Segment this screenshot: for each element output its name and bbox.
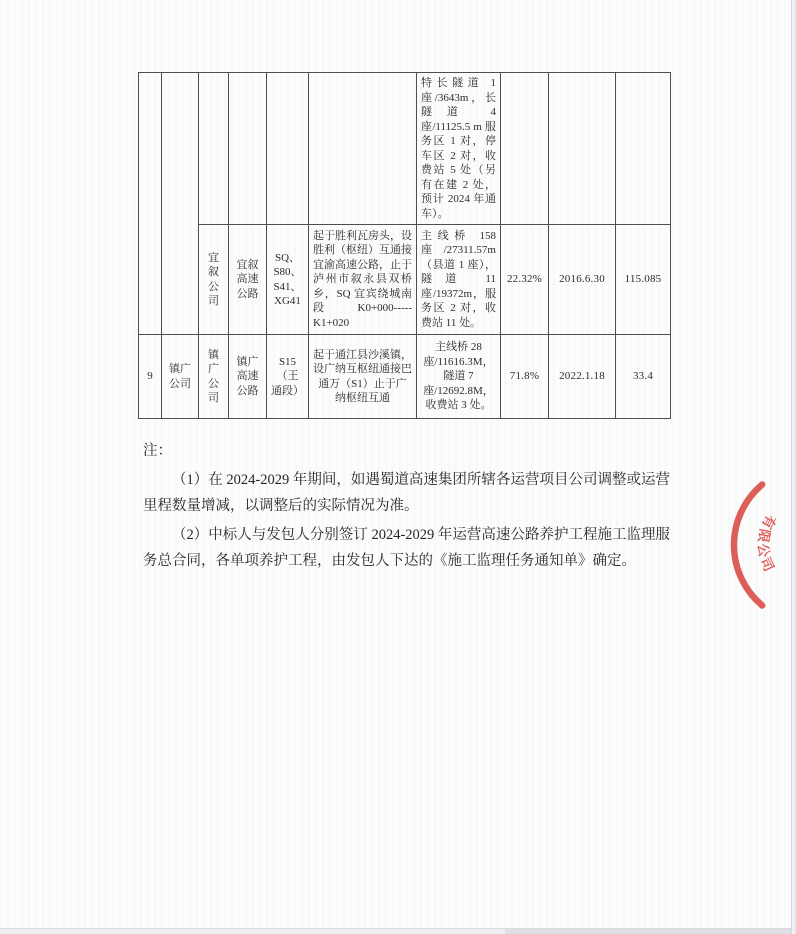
cell-structures: 主线桥 28 座/11616.3M，隧道 7 座/12692.8M，收费站 3 … bbox=[417, 335, 501, 419]
cell-open-date: 2022.1.18 bbox=[549, 335, 616, 419]
notes-section: 注： （1）在 2024-2029 年期间，如遇蜀道高速集团所辖各运营项目公司调… bbox=[143, 438, 670, 575]
seal-text: 有限公司 bbox=[755, 513, 780, 576]
cell-structures: 特长隧道 1 座/3643m，长隧道 4 座/11125.5 m 服务区 1 对… bbox=[417, 73, 501, 225]
note-item-2: （2）中标人与发包人分别签订 2024-2029 年运营高速公路养护工程施工监理… bbox=[143, 522, 670, 575]
cell-company bbox=[199, 73, 229, 225]
cell-road-name: 宜叙 高速 公路 bbox=[229, 225, 267, 335]
cell-road-name bbox=[229, 73, 267, 225]
red-company-seal: 有限公司 bbox=[706, 460, 796, 630]
note-item-1: （1）在 2024-2029 年期间，如遇蜀道高速集团所辖各运营项目公司调整或运… bbox=[143, 467, 670, 520]
cell-mileage: 115.085 bbox=[616, 225, 671, 335]
cell-route-description: 起于通江县沙溪镇，设广纳互枢纽通接巴通万（S1）止于广纳枢纽互通 bbox=[309, 335, 417, 419]
cell-road-name: 镇广 高速 公路 bbox=[229, 335, 267, 419]
table-row: 9 镇广 公司 镇 广 公 司 镇广 高速 公路 S15 （王 通段） 起于通江… bbox=[139, 335, 671, 419]
cell-route-description: 起于胜利瓦房头，设胜利（枢纽）互通接宜渝高速公路，止于泸州市叙永县双桥乡，SQ … bbox=[309, 225, 417, 335]
scan-edge-right bbox=[791, 0, 796, 934]
highway-projects-table: 特长隧道 1 座/3643m，长隧道 4 座/11125.5 m 服务区 1 对… bbox=[138, 72, 671, 419]
cell-percent: 71.8% bbox=[501, 335, 549, 419]
scanned-document-page: 特长隧道 1 座/3643m，长隧道 4 座/11125.5 m 服务区 1 对… bbox=[0, 0, 796, 934]
cell-structures: 主线桥 158 座/27311.57m（县道 1 座），隧道 11 座/1937… bbox=[417, 225, 501, 335]
cell-company-group bbox=[162, 73, 199, 335]
cell-percent: 22.32% bbox=[501, 225, 549, 335]
notes-label: 注： bbox=[143, 438, 670, 465]
cell-row-number bbox=[139, 73, 162, 335]
cell-open-date: 2016.6.30 bbox=[549, 225, 616, 335]
table-row: 宜 叙 公 司 宜叙 高速 公路 SQ、 S80、 S41、 XG41 起于胜利… bbox=[139, 225, 671, 335]
cell-mileage: 33.4 bbox=[616, 335, 671, 419]
scan-edge-bottom-shadow bbox=[505, 929, 796, 934]
cell-company: 镇 广 公 司 bbox=[199, 335, 229, 419]
cell-route-code bbox=[267, 73, 309, 225]
cell-company: 宜 叙 公 司 bbox=[199, 225, 229, 335]
cell-route-code: S15 （王 通段） bbox=[267, 335, 309, 419]
cell-company-group: 镇广 公司 bbox=[162, 335, 199, 419]
svg-text:有限公司: 有限公司 bbox=[755, 513, 780, 576]
cell-open-date bbox=[549, 73, 616, 225]
table-row: 特长隧道 1 座/3643m，长隧道 4 座/11125.5 m 服务区 1 对… bbox=[139, 73, 671, 225]
cell-percent bbox=[501, 73, 549, 225]
cell-mileage bbox=[616, 73, 671, 225]
cell-route-code: SQ、 S80、 S41、 XG41 bbox=[267, 225, 309, 335]
cell-route-description bbox=[309, 73, 417, 225]
cell-row-number: 9 bbox=[139, 335, 162, 419]
